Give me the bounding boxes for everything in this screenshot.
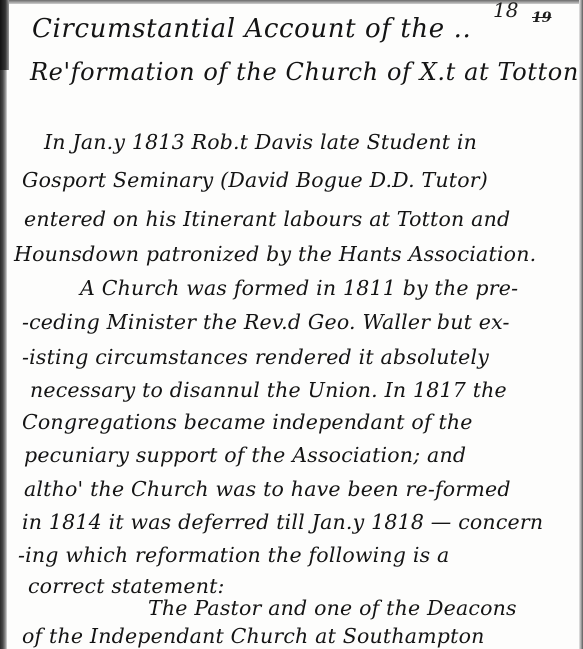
body-line-16: of the Independant Church at Southampton: [22, 624, 485, 648]
page-binding-edge: [0, 0, 7, 649]
manuscript-page: 18 19 Circumstantial Account of the .. R…: [0, 0, 583, 649]
folio-number: 18: [493, 0, 518, 22]
struck-folio-number: 19: [532, 10, 551, 26]
body-line-14: correct statement:: [28, 574, 225, 598]
body-line-6: -ceding Minister the Rev.d Geo. Waller b…: [22, 310, 510, 334]
body-line-3: entered on his Itinerant labours at Tott…: [24, 207, 510, 231]
body-line-1: In Jan.y 1813 Rob.t Davis late Student i…: [44, 130, 477, 154]
body-line-8: necessary to disannul the Union. In 1817…: [30, 378, 507, 402]
body-line-13: -ing which reformation the following is …: [18, 543, 449, 567]
title-line-1: Circumstantial Account of the ..: [32, 14, 471, 44]
body-line-2: Gosport Seminary (David Bogue D.D. Tutor…: [22, 168, 488, 192]
title-line-2: Re'formation of the Church of X.t at Tot…: [30, 58, 579, 86]
body-line-12: in 1814 it was deferred till Jan.y 1818 …: [22, 510, 543, 534]
page-binding-shadow: [0, 0, 9, 70]
body-line-10: pecuniary support of the Association; an…: [24, 443, 466, 467]
body-line-11: altho' the Church was to have been re-fo…: [24, 477, 511, 501]
page-right-edge: [579, 0, 583, 649]
body-line-4: Hounsdown patronized by the Hants Associ…: [14, 242, 536, 266]
body-line-9: Congregations became independant of the: [22, 410, 473, 434]
body-line-7: -isting circumstances rendered it absolu…: [22, 345, 489, 369]
body-line-15: The Pastor and one of the Deacons: [148, 596, 517, 620]
body-line-5: A Church was formed in 1811 by the pre-: [80, 276, 518, 300]
